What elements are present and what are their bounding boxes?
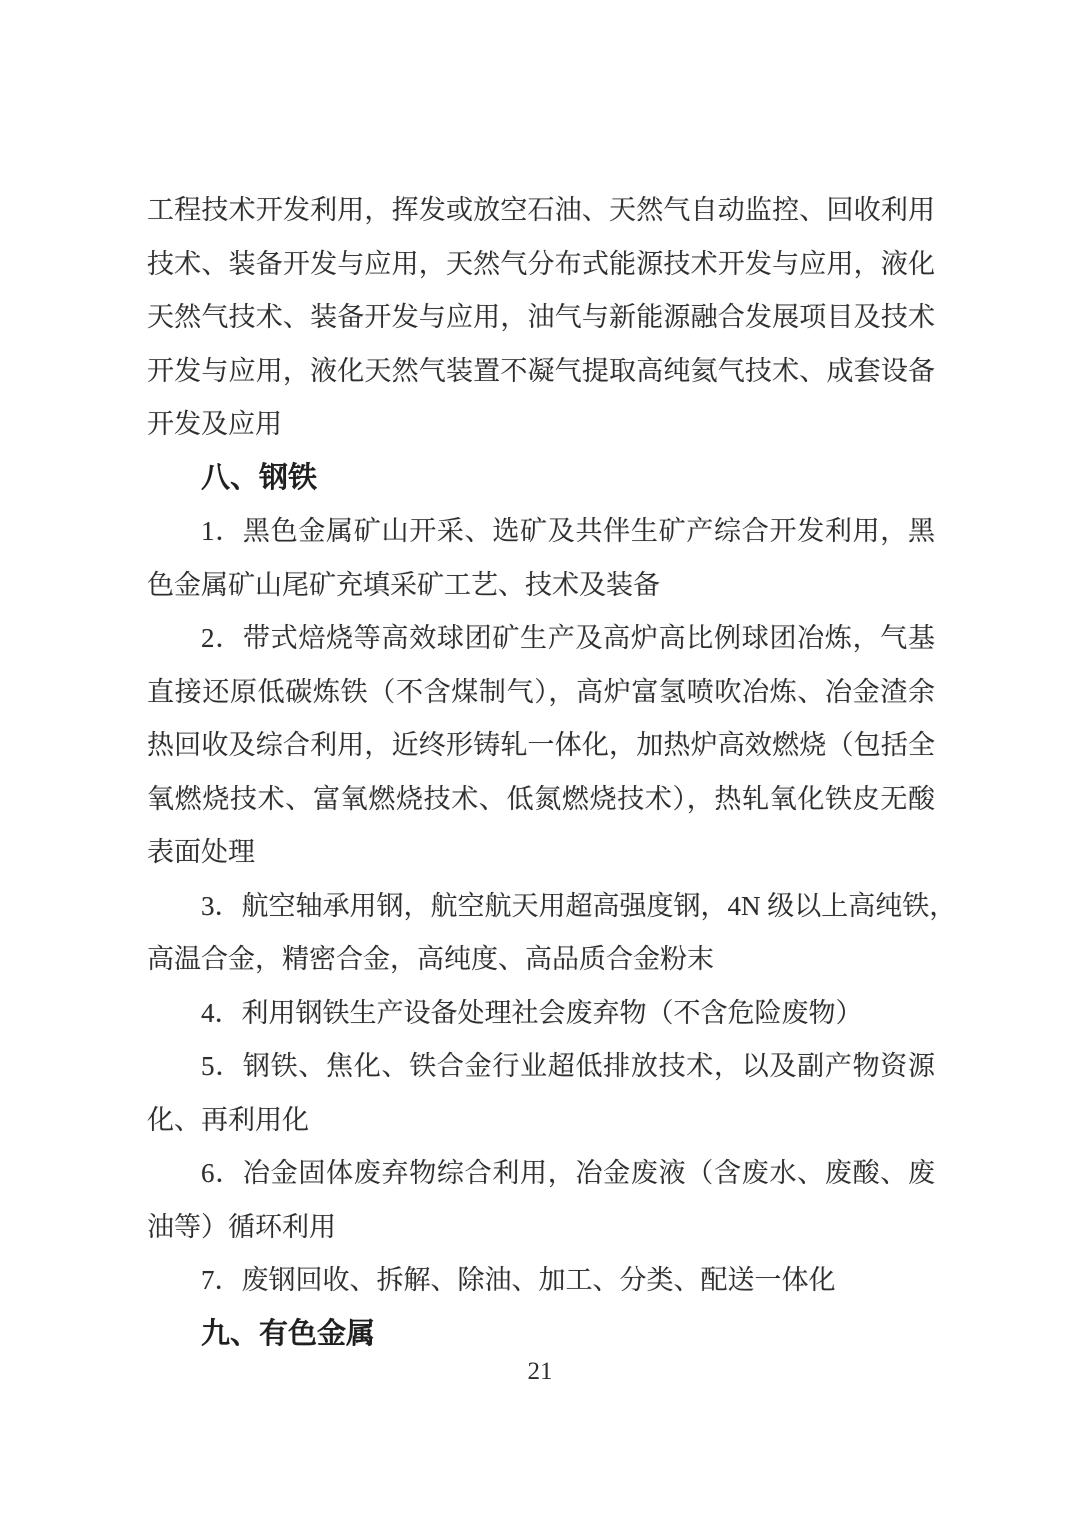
text-line: 热回收及综合利用，近终形铸轧一体化，加热炉高效燃烧（包括全	[147, 719, 935, 773]
text-line: 直接还原低碳炼铁（不含煤制气），高炉富氢喷吹冶炼、冶金渣余	[147, 666, 935, 720]
text-line: 2．带式焙烧等高效球团矿生产及高炉高比例球团冶炼，气基	[147, 612, 935, 666]
text-line: 油等）循环利用	[147, 1201, 935, 1255]
list-item-1: 1．黑色金属矿山开采、选矿及共伴生矿产综合开发利用，黑色金属矿山尾矿充填采矿工艺…	[147, 505, 935, 612]
text-line: 八、钢铁	[147, 452, 935, 506]
text-line: 开发及应用	[147, 398, 935, 452]
text-line: 技术、装备开发与应用，天然气分布式能源技术开发与应用，液化	[147, 238, 935, 292]
list-item-5: 5．钢铁、焦化、铁合金行业超低排放技术，以及副产物资源化、再利用化	[147, 1040, 935, 1147]
list-item-4: 4．利用钢铁生产设备处理社会废弃物（不含危险废物）	[147, 987, 935, 1041]
page-number: 21	[0, 1352, 1080, 1392]
text-line: 化、再利用化	[147, 1094, 935, 1148]
text-line: 氧燃烧技术、富氧燃烧技术、低氮燃烧技术），热轧氧化铁皮无酸	[147, 773, 935, 827]
document-page: 工程技术开发利用，挥发或放空石油、天然气自动监控、回收利用技术、装备开发与应用，…	[0, 0, 1080, 1527]
text-line: 6．冶金固体废弃物综合利用，冶金废液（含废水、废酸、废	[147, 1147, 935, 1201]
text-line: 工程技术开发利用，挥发或放空石油、天然气自动监控、回收利用	[147, 184, 935, 238]
list-item-3: 3．航空轴承用钢，航空航天用超高强度钢，4N 级以上高纯铁，高温合金，精密合金，…	[147, 880, 935, 987]
text-line: 4．利用钢铁生产设备处理社会废弃物（不含危险废物）	[147, 987, 935, 1041]
list-item-7: 7．废钢回收、拆解、除油、加工、分类、配送一体化	[147, 1254, 935, 1308]
text-line: 5．钢铁、焦化、铁合金行业超低排放技术，以及副产物资源	[147, 1040, 935, 1094]
list-item-6: 6．冶金固体废弃物综合利用，冶金废液（含废水、废酸、废油等）循环利用	[147, 1147, 935, 1254]
text-line: 色金属矿山尾矿充填采矿工艺、技术及装备	[147, 559, 935, 613]
text-line: 表面处理	[147, 826, 935, 880]
text-line: 开发与应用，液化天然气装置不凝气提取高纯氦气技术、成套设备	[147, 345, 935, 399]
text-line: 7．废钢回收、拆解、除油、加工、分类、配送一体化	[147, 1254, 935, 1308]
text-line: 3．航空轴承用钢，航空航天用超高强度钢，4N 级以上高纯铁，	[147, 880, 935, 934]
text-line: 1．黑色金属矿山开采、选矿及共伴生矿产综合开发利用，黑	[147, 505, 935, 559]
text-line: 天然气技术、装备开发与应用，油气与新能源融合发展项目及技术	[147, 291, 935, 345]
paragraph-oil-gas-continuation: 工程技术开发利用，挥发或放空石油、天然气自动监控、回收利用技术、装备开发与应用，…	[147, 184, 935, 452]
document-body: 工程技术开发利用，挥发或放空石油、天然气自动监控、回收利用技术、装备开发与应用，…	[147, 184, 935, 1361]
text-line: 高温合金，精密合金，高纯度、高品质合金粉末	[147, 933, 935, 987]
section-heading-steel: 八、钢铁	[147, 452, 935, 506]
list-item-2: 2．带式焙烧等高效球团矿生产及高炉高比例球团冶炼，气基直接还原低碳炼铁（不含煤制…	[147, 612, 935, 880]
